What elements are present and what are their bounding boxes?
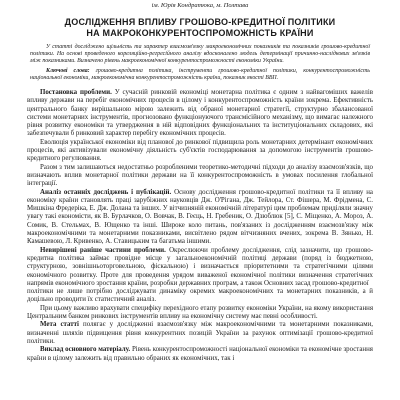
section-heading-problem-statement: Постановка проблеми. (40, 89, 112, 96)
paragraph-text: полягає у дослідженні взаємозв'язку між … (27, 321, 373, 345)
article-title-line1: ДОСЛІДЖЕННЯ ВПЛИВУ ГРОШОВО-КРЕДИТНОЇ ПОЛ… (65, 17, 336, 27)
paragraph-text: Основу дослідження грошово-кредитної пол… (27, 189, 373, 246)
paragraph: Разом з тим залишаються недостатньо розр… (27, 164, 373, 189)
paragraph-text: У сучасній ринковій економіці монетарна … (27, 89, 373, 137)
paragraph-text: Разом з тим залишаються недостатньо розр… (27, 164, 373, 188)
article-title-line2: НА МАКРОКОНКУРЕНТОСПРОМОЖНІСТЬ КРАЇНИ (86, 28, 313, 38)
abstract-text: У статті досліджено щільність та характе… (30, 44, 370, 65)
paragraph: політики не лише потрібно досліджувати д… (27, 288, 373, 305)
paragraph-text: політики не лише потрібно досліджувати д… (27, 288, 373, 303)
paragraph: Постановка проблеми. У сучасній ринковій… (27, 89, 373, 139)
paragraph-text: Еволюція української економіки від плано… (27, 139, 373, 163)
paragraph-text: При цьому важливо врахувати специфіку пе… (27, 305, 373, 320)
section-heading-article-goal: Мета статті (40, 321, 79, 328)
paragraph: Аналіз останніх досліджень і публікацій.… (27, 189, 373, 247)
paragraph: Невирішені раніше частини проблеми. Окре… (27, 247, 373, 288)
article-body: Постановка проблеми. У сучасній ринковій… (27, 89, 373, 363)
section-heading-unsolved-parts: Невирішені раніше частини проблеми. (40, 247, 166, 254)
paragraph: Виклад основного матеріалу. Рівень конку… (27, 346, 373, 363)
section-heading-literature-review: Аналіз останніх досліджень і публікацій. (40, 189, 171, 196)
keywords-block: Ключові слова: грошово-кредитна політика… (30, 68, 370, 82)
paragraph: При цьому важливо врахувати специфіку пе… (27, 305, 373, 322)
affiliation-line: ім. Юрія Кондратюка, м. Полтава (27, 2, 373, 10)
document-page: ім. Юрія Кондратюка, м. Полтава ДОСЛІДЖЕ… (0, 0, 400, 400)
paragraph: Мета статті полягає у дослідженні взаємо… (27, 321, 373, 346)
keywords-label: Ключові слова: (46, 68, 90, 74)
article-title: ДОСЛІДЖЕННЯ ВПЛИВУ ГРОШОВО-КРЕДИТНОЇ ПОЛ… (27, 17, 373, 38)
section-heading-main-material: Виклад основного матеріалу. (40, 346, 130, 353)
paragraph: Еволюція української економіки від плано… (27, 139, 373, 164)
